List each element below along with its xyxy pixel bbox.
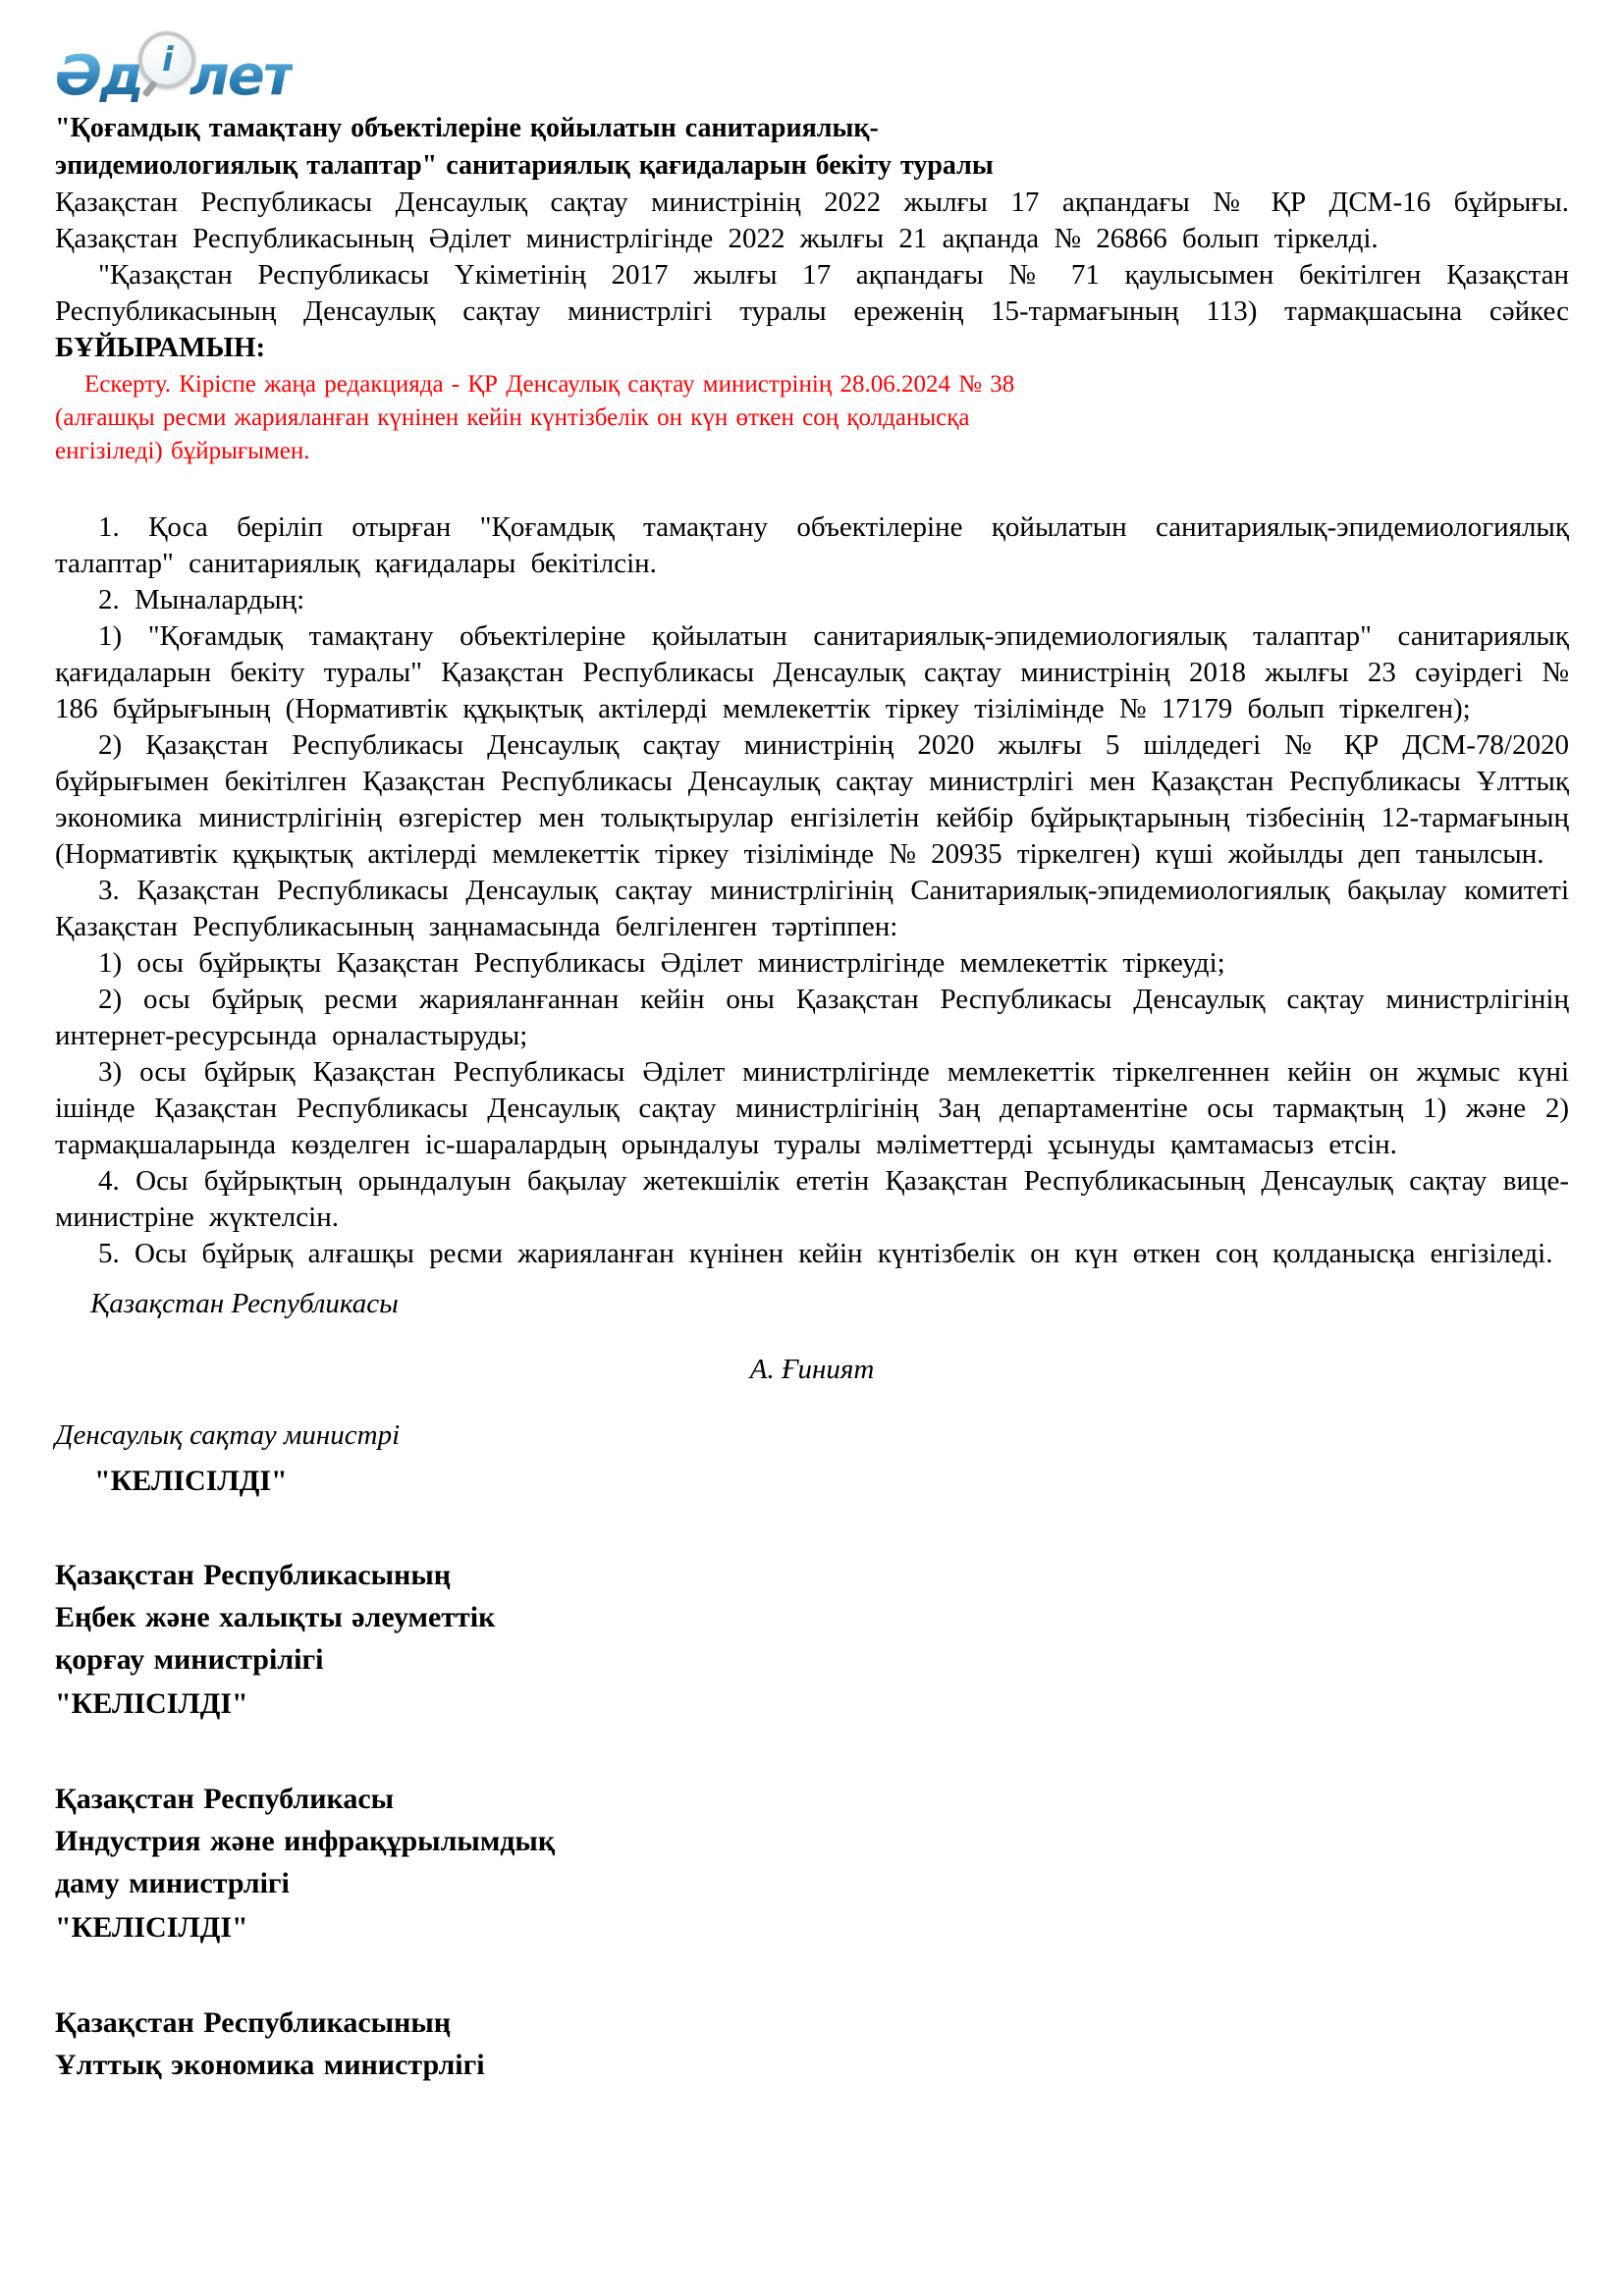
- decree-word: БҰЙЫРАМЫН:: [55, 332, 265, 363]
- agreement-block-labor: Қазақстан Республикасының Еңбек және хал…: [55, 1554, 1569, 1725]
- agreement-line: Еңбек және халықты әлеуметтік: [55, 1596, 1569, 1638]
- agreement-line: даму министрлігі: [55, 1862, 1569, 1904]
- agreement-line: қорғау министрілігі: [55, 1638, 1569, 1681]
- agreement-line: Қазақстан Республикасының: [55, 2002, 1569, 2044]
- order-paragraph-1: 1. Қоса беріліп отырған "Қоғамдық тамақт…: [55, 509, 1569, 582]
- logo-text-right: лет: [189, 49, 293, 104]
- agreed-label-labor: "КЕЛІСІЛДІ": [55, 1682, 1569, 1725]
- order-paragraph-2: 2. Мыналардың:: [55, 582, 1569, 618]
- order-paragraph-2-sub-1: 1) "Қоғамдық тамақтану объектілеріне қой…: [55, 618, 1569, 727]
- agreement-line: Индустрия және инфрақұрылымдық: [55, 1820, 1569, 1862]
- order-paragraph-2-sub-2: 2) Қазақстан Республикасы Денсаулық сақт…: [55, 727, 1569, 873]
- amendment-note: Ескерту. Кіріспе жаңа редакцияда - ҚР Де…: [55, 368, 1032, 468]
- document-page: Әділет "Қоғамдық тамақтану объектілеріне…: [0, 0, 1624, 2296]
- document-title: "Қоғамдық тамақтану объектілеріне қойыла…: [55, 110, 1115, 185]
- order-paragraph-5: 5. Осы бұйрық алғашқы ресми жарияланған …: [55, 1236, 1569, 1272]
- document-intro: Қазақстан Республикасы Денсаулық сақтау …: [55, 185, 1569, 257]
- signature-position: Денсаулық сақтау министрі: [55, 1417, 1569, 1454]
- preamble: "Қазақстан Республикасы Үкіметінің 2017 …: [55, 257, 1569, 366]
- agreed-label-industry: "КЕЛІСІЛДІ": [55, 1906, 1569, 1949]
- adilet-logo: Әділет: [55, 41, 1569, 104]
- agreement-block-industry: Қазақстан Республикасы Индустрия және ин…: [55, 1778, 1569, 1949]
- agreement-line: Қазақстан Республикасы: [55, 1778, 1569, 1820]
- agreement-line: Ұлттық экономика министрлігі: [55, 2044, 1569, 2086]
- order-paragraph-3: 3. Қазақстан Республикасы Денсаулық сақт…: [55, 873, 1569, 945]
- order-paragraph-3-sub-1: 1) осы бұйрықты Қазақстан Республикасы Ә…: [55, 945, 1569, 982]
- agreed-label-minister: "КЕЛІСІЛДІ": [94, 1462, 1569, 1501]
- agreement-block-economy: Қазақстан Республикасының Ұлттық экономи…: [55, 2002, 1569, 2086]
- signature-entity: Қазақстан Республикасы: [90, 1286, 1569, 1322]
- magnifier-icon: і: [138, 31, 195, 88]
- logo-lens-letter: і: [162, 43, 172, 77]
- logo-text-left: Әд: [55, 49, 142, 104]
- order-paragraph-3-sub-3: 3) осы бұйрық Қазақстан Республикасы Әді…: [55, 1054, 1569, 1163]
- agreement-line: Қазақстан Республикасының: [55, 1554, 1569, 1596]
- preamble-text: "Қазақстан Республикасы Үкіметінің 2017 …: [55, 259, 1569, 327]
- order-paragraph-4: 4. Осы бұйрықтың орындалуын бақылау жете…: [55, 1163, 1569, 1236]
- order-paragraph-3-sub-2: 2) осы бұйрық ресми жарияланғаннан кейін…: [55, 982, 1569, 1054]
- signature-name: А. Ғиният: [55, 1352, 1569, 1388]
